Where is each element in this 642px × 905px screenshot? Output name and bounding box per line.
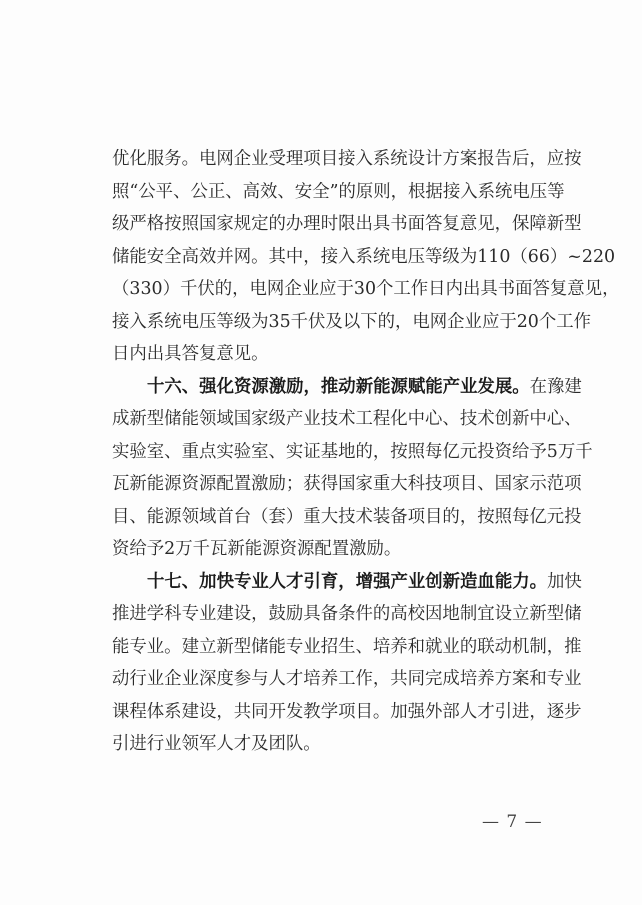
text-line: 课程体系建设，共同开发教学项目。加强外部人才引进，逐步: [112, 696, 532, 729]
paragraph-section-16: 十六、强化资源激励，推动新能源赋能产业发展。在豫建 成新型储能领域国家级产业技术…: [112, 371, 532, 566]
text-line: 推进学科专业建设，鼓励具备条件的高校因地制宜设立新型储: [112, 598, 532, 631]
text-line: 优化服务。电网企业受理项目接入系统设计方案报告后，应按: [112, 143, 532, 176]
document-page: 优化服务。电网企业受理项目接入系统设计方案报告后，应按 照“公平、公正、高效、安…: [0, 0, 642, 905]
section-first-line: 十七、加快专业人才引育，增强产业创新造血能力。加快: [112, 566, 532, 599]
text-fragment: 在豫建: [530, 377, 582, 397]
paragraph-section-17: 十七、加快专业人才引育，增强产业创新造血能力。加快 推进学科专业建设，鼓励具备条…: [112, 566, 532, 761]
text-line: 成新型储能领域国家级产业技术工程化中心、技术创新中心、: [112, 403, 532, 436]
page-number: — 7 —: [482, 812, 543, 832]
text-line: 级严格按照国家规定的办理时限出具书面答复意见，保障新型: [112, 208, 532, 241]
section-heading-17: 十七、加快专业人才引育，增强产业创新造血能力。: [147, 572, 547, 592]
text-line: 储能安全高效并网。其中，接入系统电压等级为110（66）~220: [112, 241, 532, 274]
section-heading-16: 十六、强化资源激励，推动新能源赋能产业发展。: [147, 377, 530, 397]
text-fragment: 加快: [547, 572, 582, 592]
paragraph-grid-connection: 优化服务。电网企业受理项目接入系统设计方案报告后，应按 照“公平、公正、高效、安…: [112, 143, 532, 371]
text-line: 动行业企业深度参与人才培养工作，共同完成培养方案和专业: [112, 663, 532, 696]
text-line: 日内出具答复意见。: [112, 338, 532, 371]
text-line: 能专业。建立新型储能专业招生、培养和就业的联动机制，推: [112, 631, 532, 664]
text-line: （330）千伏的，电网企业应于30个工作日内出具书面答复意见，: [112, 273, 532, 306]
text-line: 瓦新能源资源配置激励；获得国家重大科技项目、国家示范项: [112, 468, 532, 501]
text-line: 接入系统电压等级为35千伏及以下的，电网企业应于20个工作: [112, 306, 532, 339]
text-line: 实验室、重点实验室、实证基地的，按照每亿元投资给予5万千: [112, 436, 532, 469]
section-first-line: 十六、强化资源激励，推动新能源赋能产业发展。在豫建: [112, 371, 532, 404]
text-line: 照“公平、公正、高效、安全”的原则，根据接入系统电压等: [112, 176, 532, 209]
text-line: 目、能源领域首台（套）重大技术装备项目的，按照每亿元投: [112, 501, 532, 534]
document-body: 优化服务。电网企业受理项目接入系统设计方案报告后，应按 照“公平、公正、高效、安…: [112, 143, 532, 761]
text-line: 资给予2万千瓦新能源资源配置激励。: [112, 533, 532, 566]
text-line: 引进行业领军人才及团队。: [112, 728, 532, 761]
